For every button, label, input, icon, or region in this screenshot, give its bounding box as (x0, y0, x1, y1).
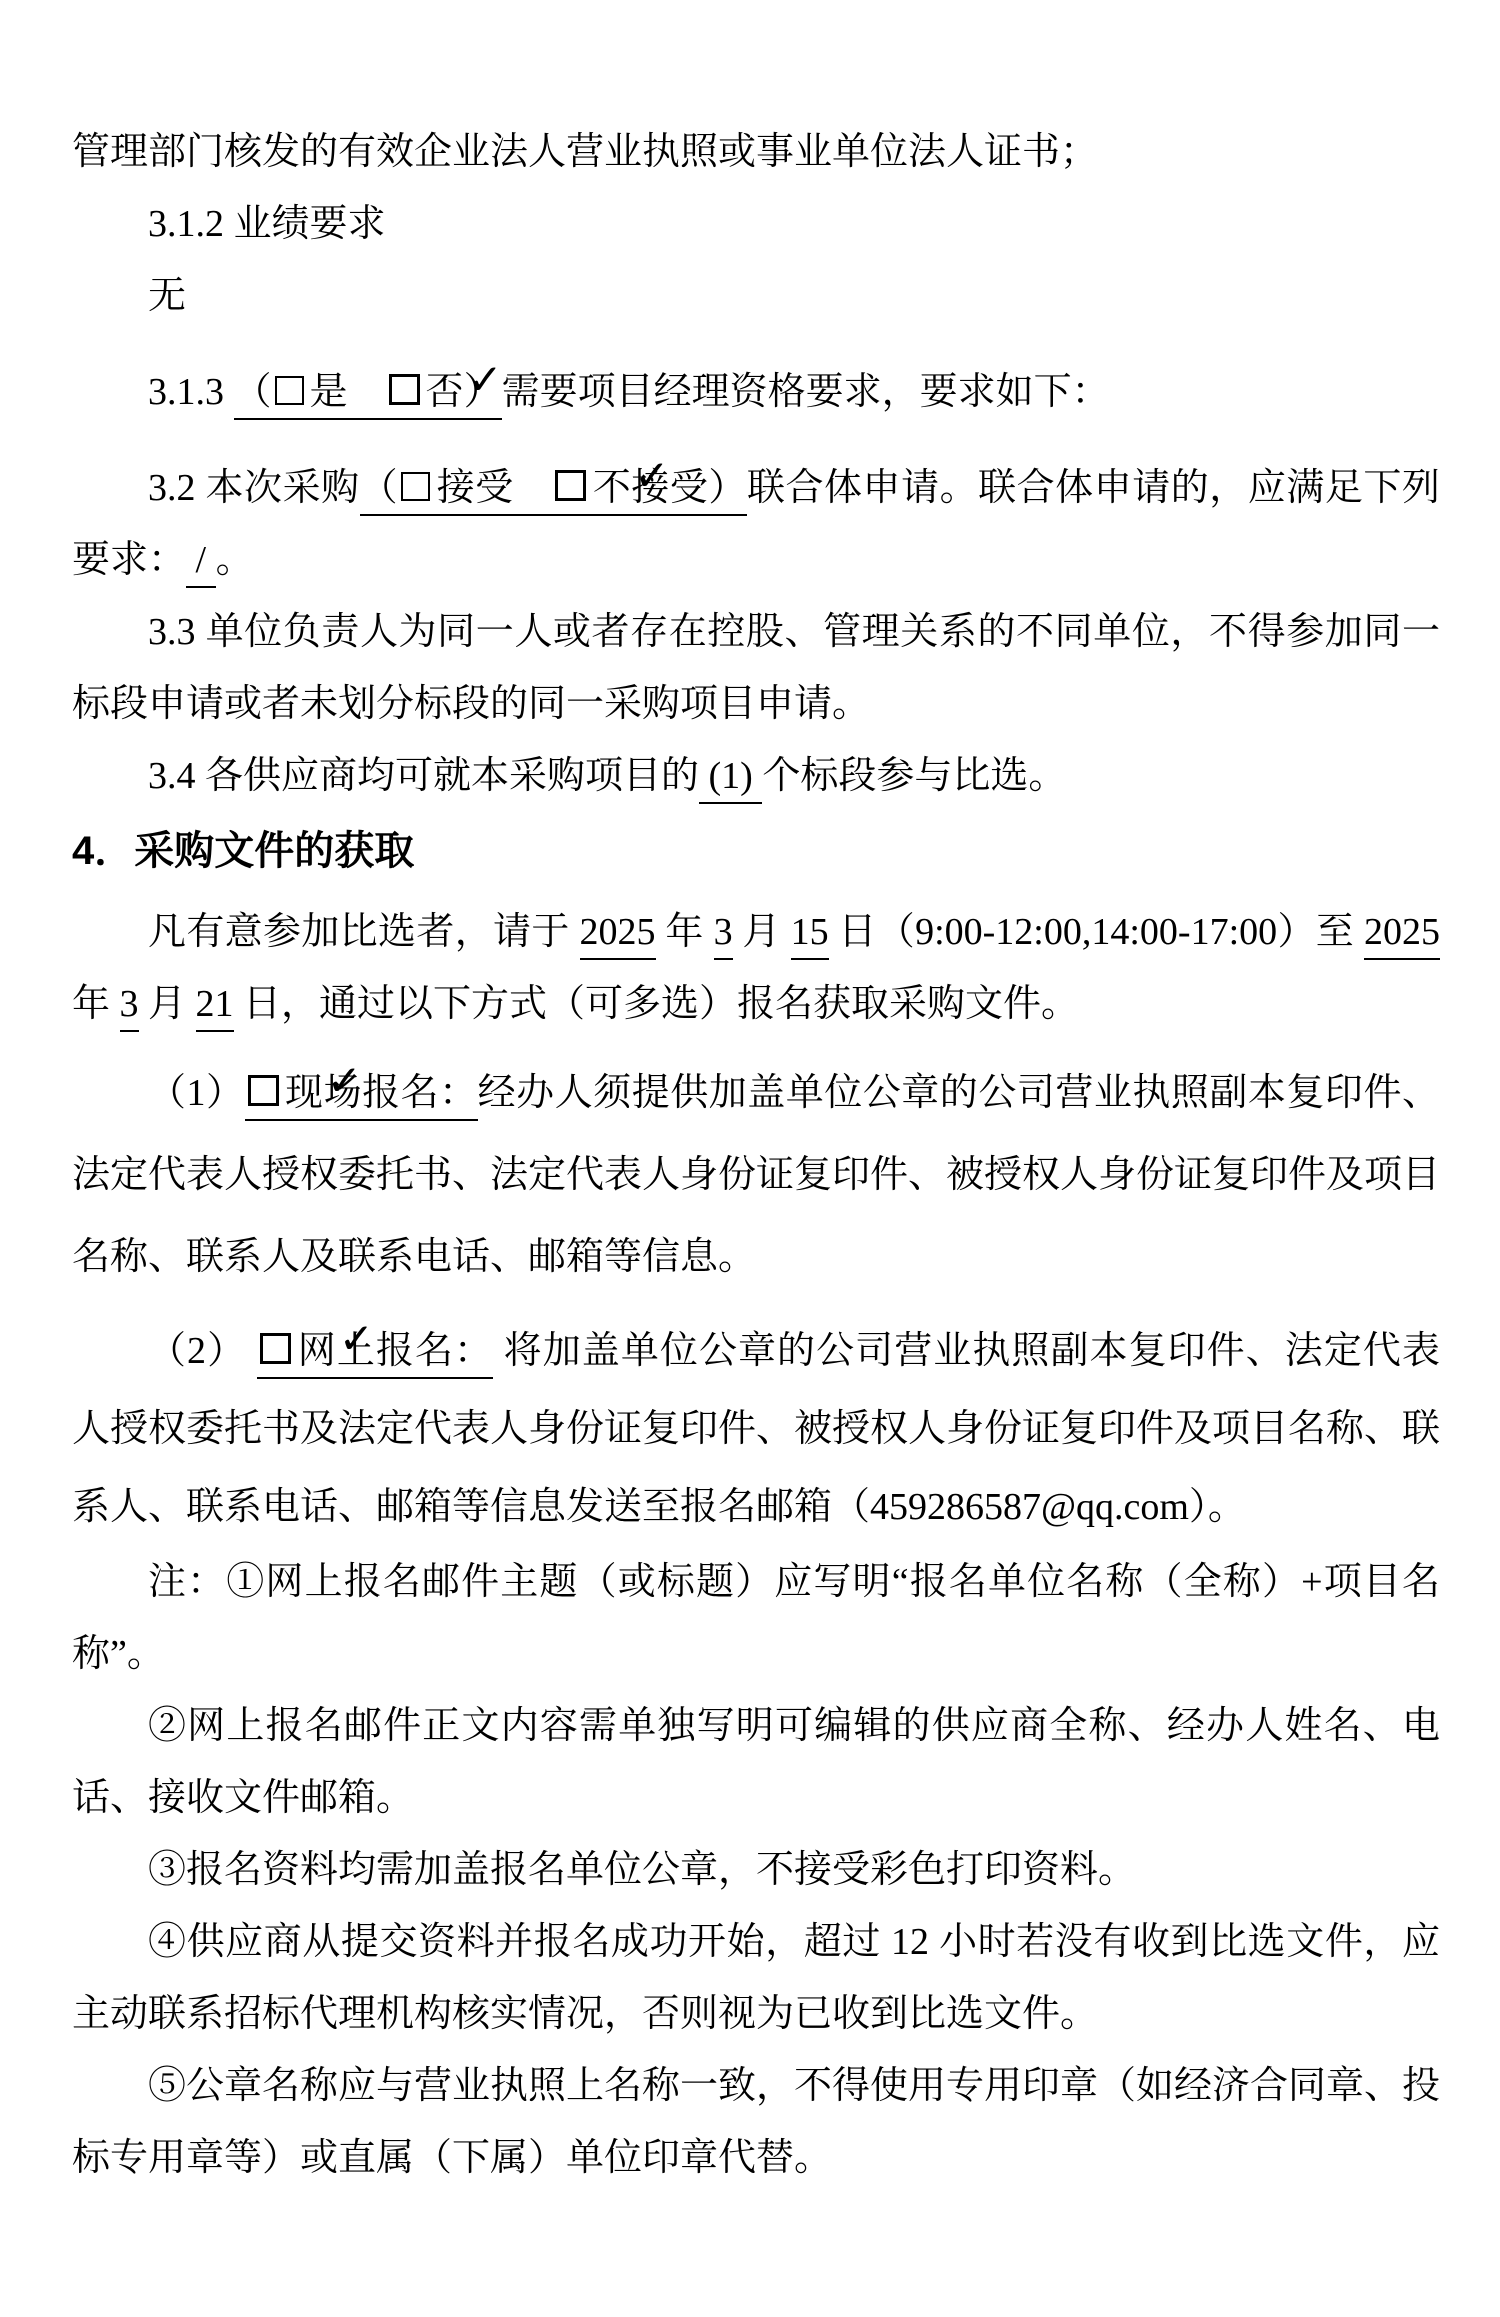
note-3: ③报名资料均需加盖报名单位公章，不接受彩色打印资料。 (72, 1834, 1440, 1906)
text-run: 月 (733, 911, 791, 953)
checkbox-unchecked-icon (401, 472, 430, 501)
text-run: ②网上报名邮件正文内容需单独写明可编辑的供应商全称、经办人姓名、电话、接收文件邮… (72, 1705, 1440, 1819)
note-5: ⑤公章名称应与营业执照上名称一致，不得使用专用印章（如经济合同章、投标专用章等）… (72, 2050, 1440, 2194)
clause-number: 3.2 本次采购 (148, 467, 360, 509)
section-4-intro: 凡有意参加比选者，请于 2025 年 3 月 15 日（9:00-12:00,1… (72, 896, 1440, 1040)
text-run: 年 (72, 983, 120, 1025)
open-paren: （ (234, 371, 272, 413)
spacer (514, 467, 553, 509)
text-run: 凡有意参加比选者，请于 (148, 911, 580, 953)
date-year-end: 2025 (1364, 911, 1440, 960)
check-mark-icon: ✓ (392, 359, 503, 401)
text-run: 无 (148, 275, 186, 317)
item-number: （1） (148, 1072, 245, 1114)
clause-3-3: 3.3 单位负责人为同一人或者存在控股、管理关系的不同单位，不得参加同一标段申请… (72, 596, 1440, 740)
method-2-online-registration: （2） ✓网上报名： 将加盖单位公章的公司营业执照副本复印件、法定代表人授权委托… (72, 1312, 1440, 1546)
date-day-start: 15 (791, 911, 829, 960)
clause-3-4: 3.4 各供应商均可就本采购项目的 (1) 个标段参与比选。 (72, 740, 1440, 812)
text-run: 管理部门核发的有效企业法人营业执照或事业单位法人证书； (72, 131, 1098, 173)
note-2: ②网上报名邮件正文内容需单独写明可编辑的供应商全称、经办人姓名、电话、接收文件邮… (72, 1690, 1440, 1834)
date-year-start: 2025 (580, 911, 656, 960)
checkbox-checked-icon: ✓ (260, 1333, 291, 1364)
checkbox-unchecked-icon (275, 376, 304, 405)
text-run: 月 (139, 983, 196, 1025)
onsite-registration-option: ✓现场报名： (245, 1072, 478, 1121)
check-mark-icon: ✓ (251, 1060, 362, 1102)
accept-reject-choice-field: （接受 ✓不接受） (360, 467, 747, 516)
text-run: 3.4 各供应商均可就本采购项目的 (148, 755, 699, 797)
blank-field-value: / (186, 539, 216, 588)
clause-3-1-3: 3.1.3 （是 ✓否）需要项目经理资格要求，要求如下： (72, 356, 1440, 428)
text-run: 3.1.2 业绩要求 (148, 203, 386, 245)
text-run: 日，通过以下方式（可多选）报名获取采购文件。 (234, 983, 1080, 1025)
note-4: ④供应商从提交资料并报名成功开始，超过 12 小时若没有收到比选文件，应主动联系… (72, 1906, 1440, 2050)
colon: ： (454, 1330, 493, 1372)
method-1-onsite-registration: （1）✓现场报名：经办人须提供加盖单位公章的公司营业执照副本复印件、法定代表人授… (72, 1052, 1440, 1298)
text-run: 3.3 单位负责人为同一人或者存在控股、管理关系的不同单位，不得参加同一标段申请… (72, 611, 1440, 725)
note-1: 注：①网上报名邮件主题（或标题）应写明“报名单位名称（全称）+项目名称”。 (72, 1546, 1440, 1690)
text-run: ⑤公章名称应与营业执照上名称一致，不得使用专用印章（如经济合同章、投标专用章等）… (72, 2065, 1440, 2179)
date-month-end: 3 (120, 983, 139, 1032)
text-run: ④供应商从提交资料并报名成功开始，超过 12 小时若没有收到比选文件，应主动联系… (72, 1921, 1440, 2035)
spacer (246, 1330, 257, 1372)
checkbox-checked-icon: ✓ (248, 1075, 279, 1106)
clause-3-1-2-value: 无 (72, 260, 1440, 332)
text-run: 需要项目经理资格要求，要求如下： (502, 371, 1110, 413)
text-run: 注：①网上报名邮件主题（或标题）应写明“报名单位名称（全称）+项目名称”。 (72, 1561, 1440, 1675)
online-registration-option: ✓网上报名： (257, 1330, 493, 1379)
paragraph-continuation: 管理部门核发的有效企业法人营业执照或事业单位法人证书； (72, 116, 1440, 188)
clause-number: 3.1.3 (148, 371, 234, 413)
option-accept-label: 接受 (436, 467, 514, 509)
yes-no-choice-field: （是 ✓否） (234, 371, 502, 420)
text-run: 。 (216, 539, 254, 581)
date-day-end: 21 (196, 983, 234, 1032)
open-paren: （ (360, 467, 399, 509)
date-month-start: 3 (714, 911, 733, 960)
item-number: （2） (148, 1330, 246, 1372)
close-paren: ） (708, 467, 747, 509)
checkbox-checked-icon: ✓ (555, 470, 586, 501)
section-4-heading: 4．采购文件的获取 (72, 812, 1440, 890)
text-run: 个标段参与比选。 (762, 755, 1066, 797)
check-mark-icon: ✓ (263, 1318, 374, 1360)
option-yes-label: 是 (310, 371, 348, 413)
colon: ： (439, 1072, 478, 1114)
lot-count-field: (1) (699, 755, 762, 804)
spacer (493, 1330, 504, 1372)
clause-3-1-2: 3.1.2 业绩要求 (72, 188, 1440, 260)
document-page: 管理部门核发的有效企业法人营业执照或事业单位法人证书； 3.1.2 业绩要求 无… (0, 0, 1500, 2194)
text-run: 年 (656, 911, 714, 953)
spacer (348, 371, 386, 413)
check-mark-icon: ✓ (558, 455, 669, 497)
checkbox-checked-icon: ✓ (389, 374, 420, 405)
text-run: 日（9:00-12:00,14:00-17:00）至 (829, 911, 1364, 953)
clause-3-2: 3.2 本次采购（接受 ✓不接受）联合体申请。联合体申请的，应满足下列要求： /… (72, 452, 1440, 596)
text-run: ③报名资料均需加盖报名单位公章，不接受彩色打印资料。 (148, 1849, 1136, 1891)
